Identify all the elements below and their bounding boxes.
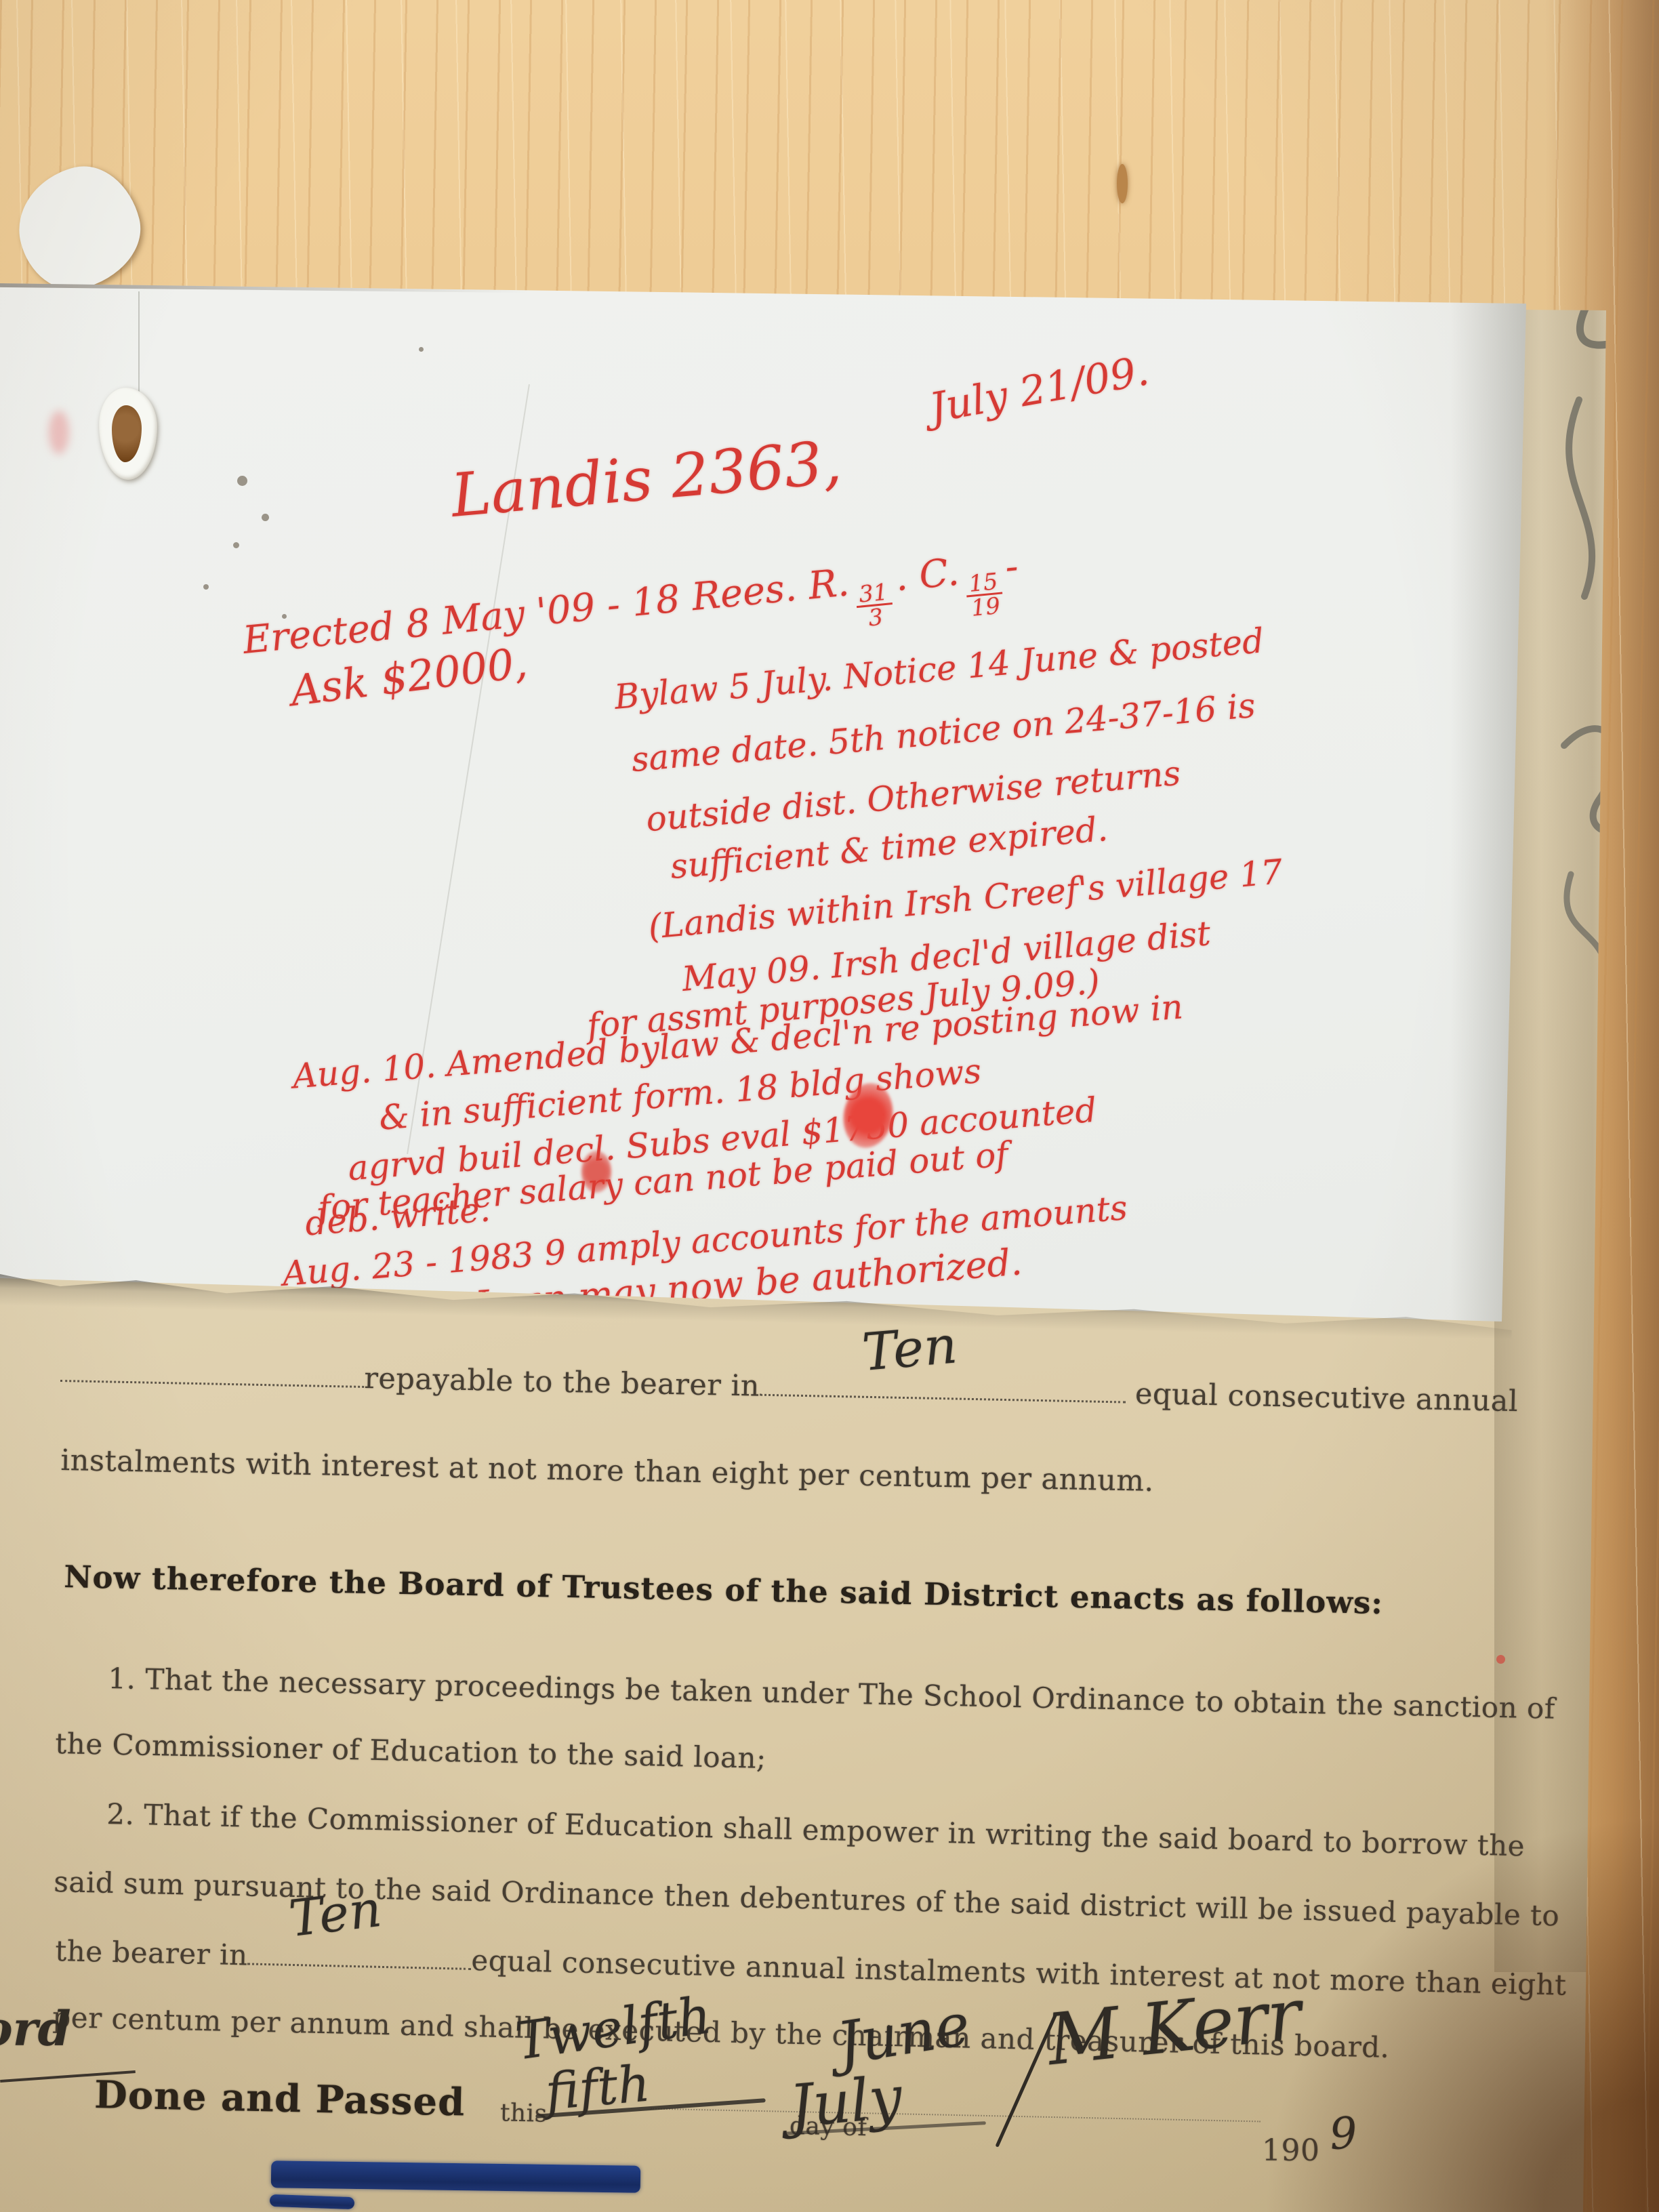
clause2-line3: the bearer inTenequal consecutive annual…	[55, 1933, 1567, 2002]
clause2-line1: 2. That if the Commissioner of Education…	[106, 1797, 1525, 1862]
fill-in-blank: Ten	[760, 1368, 1126, 1404]
clause1-line2: the Commissioner of Education to the sai…	[55, 1727, 766, 1775]
dotted-form-rule	[651, 2108, 1261, 2123]
form-line-repayable: repayable to the bearer inTen equal cons…	[60, 1354, 1519, 1418]
erected-tail: -	[1003, 544, 1020, 590]
annual-label: equal consecutive annual	[1135, 1377, 1519, 1418]
clause2-line3-rest: equal consecutive annual instalments wit…	[471, 1944, 1567, 2002]
erected-mid: . C.	[893, 550, 961, 600]
clause2-line2: said sum pursuant to the said Ordinance …	[54, 1865, 1560, 1932]
dotted-rule	[60, 1354, 365, 1388]
speck	[419, 347, 424, 352]
repayable-label: repayable to the bearer in	[364, 1361, 760, 1404]
photo-of-document: repayable to the bearer inTen equal cons…	[0, 0, 1659, 2212]
erected-text: Erected 8 May '09 - 18 Rees. R.	[241, 560, 851, 663]
margin-scribble: ord	[0, 2001, 71, 2057]
year-written: 9	[1328, 2108, 1359, 2160]
fill-in-blank-2: Ten	[247, 1937, 472, 1969]
torn-paper-scrap	[6, 155, 152, 300]
bearer-in-label: the bearer in	[55, 1934, 248, 1971]
done-and-passed-label: Done and Passed	[94, 2072, 466, 2125]
enacts-heading: Now therefore the Board of Trustees of t…	[64, 1559, 1384, 1621]
red-ink-speck	[1496, 1655, 1505, 1664]
handwritten-ten-2: Ten	[286, 1880, 385, 1948]
red-ink-blot-small	[581, 1151, 611, 1193]
blue-ink-dash	[270, 2194, 355, 2209]
speck	[262, 514, 269, 521]
year-printed: 190	[1262, 2133, 1319, 2168]
speck	[203, 584, 209, 590]
speck	[237, 476, 247, 486]
wood-knot	[1117, 164, 1128, 203]
speck	[233, 542, 239, 548]
fraction-c: 1519	[964, 569, 1004, 620]
note-title: Landis 2363,	[449, 427, 844, 531]
clause1-line1: 1. That the necessary proceedings be tak…	[108, 1662, 1555, 1725]
form-line-instalments: instalments with interest at not more th…	[60, 1443, 1154, 1498]
note-date: July 21/09.	[926, 347, 1152, 432]
fraction-r: 313	[855, 580, 895, 631]
blue-ink-band	[271, 2160, 641, 2193]
handwritten-month-new: June	[832, 1990, 974, 2078]
pink-smudge	[49, 411, 69, 454]
